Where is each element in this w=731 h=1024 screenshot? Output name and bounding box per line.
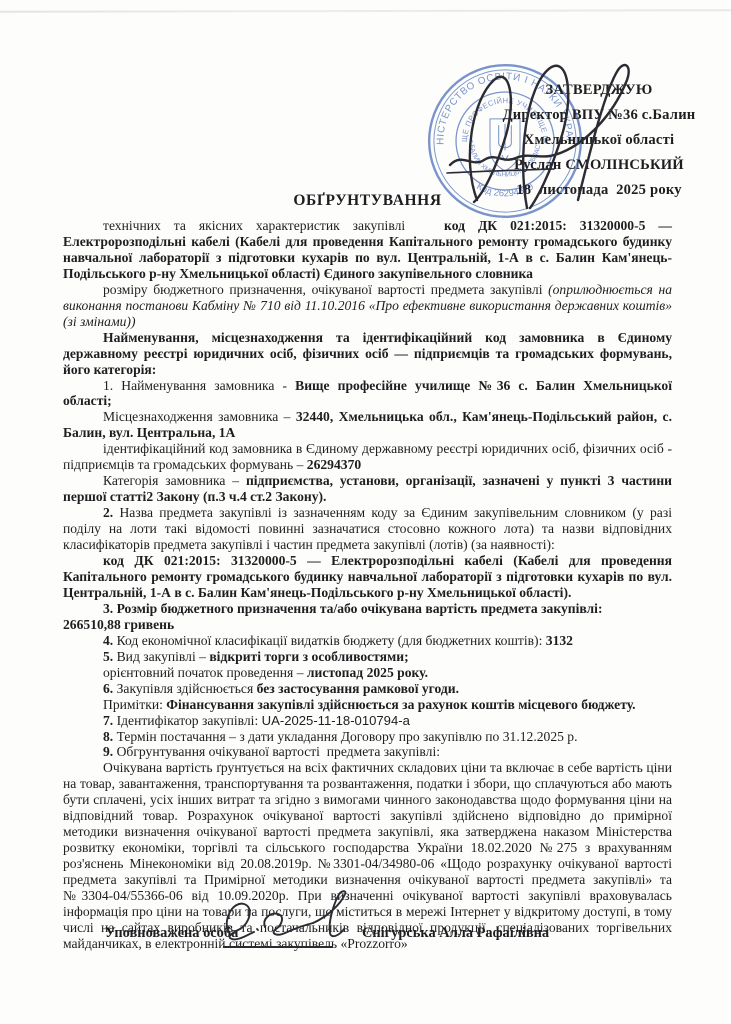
text-run: Код економічної класифікації видатків бю… — [113, 633, 546, 648]
text-run: Фінансування закупівлі здійснюється за р… — [166, 697, 635, 712]
text-run: 4. — [103, 633, 113, 648]
paragraph: ідентифікаційний код замовника в Єдиному… — [63, 441, 672, 473]
text-run: 7. — [103, 713, 113, 728]
text-run: відкриті торги з особливостями; — [209, 649, 408, 664]
text-run: технічних та якісних характеристик закуп… — [103, 218, 444, 233]
text-run: 8. — [103, 729, 113, 744]
paragraph: 5. Вид закупівлі – відкриті торги з особ… — [63, 649, 672, 665]
text-run: Обгрунтування очікуваної вартості предме… — [113, 744, 440, 759]
paragraph: Примітки: Фінансування закупівлі здійсню… — [63, 697, 672, 713]
text-run: Назва предмета закупівлі із зазначенням … — [63, 505, 672, 552]
text-run: 26294370 — [307, 457, 361, 472]
paragraph: 8. Термін постачання – з дати укладання … — [63, 729, 672, 745]
text-run: 6. — [103, 681, 113, 696]
director-signature — [432, 40, 682, 222]
text-run: Найменування, місцезнаходження та іденти… — [63, 330, 672, 377]
scan-artifact-line — [0, 9, 731, 13]
document-body: технічних та якісних характеристик закуп… — [63, 218, 672, 952]
text-run: 3. Розмір бюджетного призначення та/або … — [103, 601, 602, 616]
authorized-person-name: Снігурська Алла Рафаїлівна — [362, 925, 549, 942]
paragraph: 1. Найменування замовника - Вище професі… — [63, 378, 672, 410]
text-run: 1. Найменування замовника - — [103, 378, 295, 393]
text-run: 266510,88 гривень — [63, 617, 174, 632]
paragraph: 2. Назва предмета закупівлі із зазначенн… — [63, 505, 672, 553]
text-run: Примітки: — [103, 697, 166, 712]
paragraph: Найменування, місцезнаходження та іденти… — [63, 330, 672, 378]
text-run: орієнтовний початок проведення – — [103, 665, 307, 680]
text-run: код ДК 021:2015: 31320000-5 — Електророз… — [63, 553, 672, 600]
text-run: 3132 — [546, 633, 573, 648]
paragraph: Місцезнаходження замовника – 32440, Хмел… — [63, 409, 672, 441]
paragraph: 4. Код економічної класифікації видатків… — [63, 633, 672, 649]
paragraph: 3. Розмір бюджетного призначення та/або … — [63, 601, 672, 633]
text-run: 2. — [103, 505, 113, 520]
authorized-person-signature — [210, 888, 370, 950]
text-run: 9. — [103, 744, 113, 759]
text-run: Вид закупівлі – — [113, 649, 209, 664]
scanned-document-page: МІНІСТЕРСТВО ОСВІТИ І НАУКИ УКРАЇНИ Код … — [0, 0, 731, 1024]
text-run: розміру бюджетного призначення, очікуван… — [103, 282, 548, 297]
text-run: листопад 2025 року. — [307, 665, 428, 680]
paragraph: розміру бюджетного призначення, очікуван… — [63, 282, 672, 330]
paragraph: орієнтовний початок проведення – листопа… — [63, 665, 672, 681]
paragraph: Категорія замовника – підприємства, уста… — [63, 473, 672, 505]
text-run: Категорія замовника – — [103, 473, 246, 488]
text-run: ідентифікаційний код замовника в Єдиному… — [63, 441, 672, 472]
paragraph: код ДК 021:2015: 31320000-5 — Електророз… — [63, 553, 672, 601]
paragraph: 7. Ідентифікатор закупівлі: UA-2025-11-1… — [63, 713, 672, 729]
text-run: 5. — [103, 649, 113, 664]
text-run: Ідентифікатор закупівлі: — [113, 713, 261, 728]
paragraph: технічних та якісних характеристик закуп… — [63, 218, 672, 282]
paragraph: 6. Закупівля здійснюється без застосуван… — [63, 681, 672, 697]
text-run: UA-2025-11-18-010794-a — [262, 713, 410, 728]
text-run: Термін постачання – з дати укладання Дог… — [113, 729, 577, 744]
paragraph: 9. Обгрунтування очікуваної вартості пре… — [63, 744, 672, 760]
text-run: Місцезнаходження замовника – — [103, 409, 296, 424]
text-run: Закупівля здійснюється — [113, 681, 256, 696]
text-run: без застосування рамкової угоди. — [257, 681, 459, 696]
